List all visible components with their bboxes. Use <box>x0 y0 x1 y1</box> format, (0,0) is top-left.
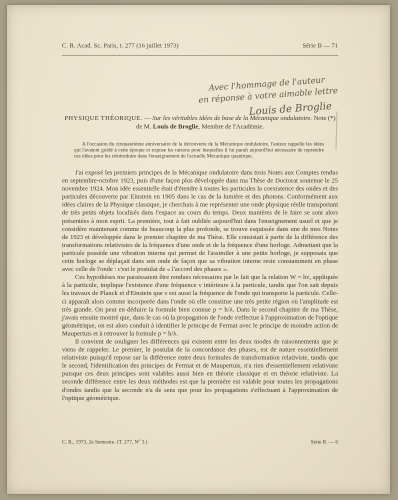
article-body: J'ai exposé les premiers principes de la… <box>62 169 338 402</box>
paragraph-2: Ces hypothèses me paraissaient être rend… <box>62 273 338 337</box>
journal-reference: C. R. Acad. Sc. Paris, t. 277 (16 juille… <box>62 42 179 50</box>
paragraph-3: Il convient de souligner les différences… <box>62 337 338 401</box>
section-rubric: PHYSIQUE THÉORIQUE. <box>64 114 142 122</box>
article-title: PHYSIQUE THÉORIQUE. — Sur les véritables… <box>62 114 338 131</box>
page-footer: C. R., 1973, 2e Semestre. (T. 277, N° 3.… <box>62 440 338 446</box>
header-rule <box>62 56 338 57</box>
title-separator: — <box>143 114 153 122</box>
scanned-page-photo: C. R. Acad. Sc. Paris, t. 277 (16 juille… <box>0 0 398 500</box>
abstract: A l'occasion du cinquantième anniversair… <box>74 142 324 160</box>
paper-sheet: C. R. Acad. Sc. Paris, t. 277 (16 juille… <box>7 5 390 494</box>
paragraph-1: J'ai exposé les premiers principes de la… <box>62 169 338 274</box>
series-page-number: Série B — 71 <box>303 42 338 50</box>
running-head: C. R. Acad. Sc. Paris, t. 277 (16 juille… <box>62 42 338 50</box>
issue-reference: C. R., 1973, 2e Semestre. (T. 277, N° 3.… <box>62 440 147 446</box>
margin-pencil-mark <box>336 111 338 149</box>
author-affiliation: , Membre de l'Académie. <box>198 123 264 131</box>
title-italic-part1: Sur les véritables idées de base <box>152 114 233 122</box>
author-name: Louis de Broglie <box>153 123 198 131</box>
series-signature-number: Série B. — 6 <box>311 440 338 446</box>
scan-viewport: C. R. Acad. Sc. Paris, t. 277 (16 juille… <box>0 0 398 500</box>
title-italic-part2: de la Mécanique ondulatoire. <box>235 114 312 122</box>
